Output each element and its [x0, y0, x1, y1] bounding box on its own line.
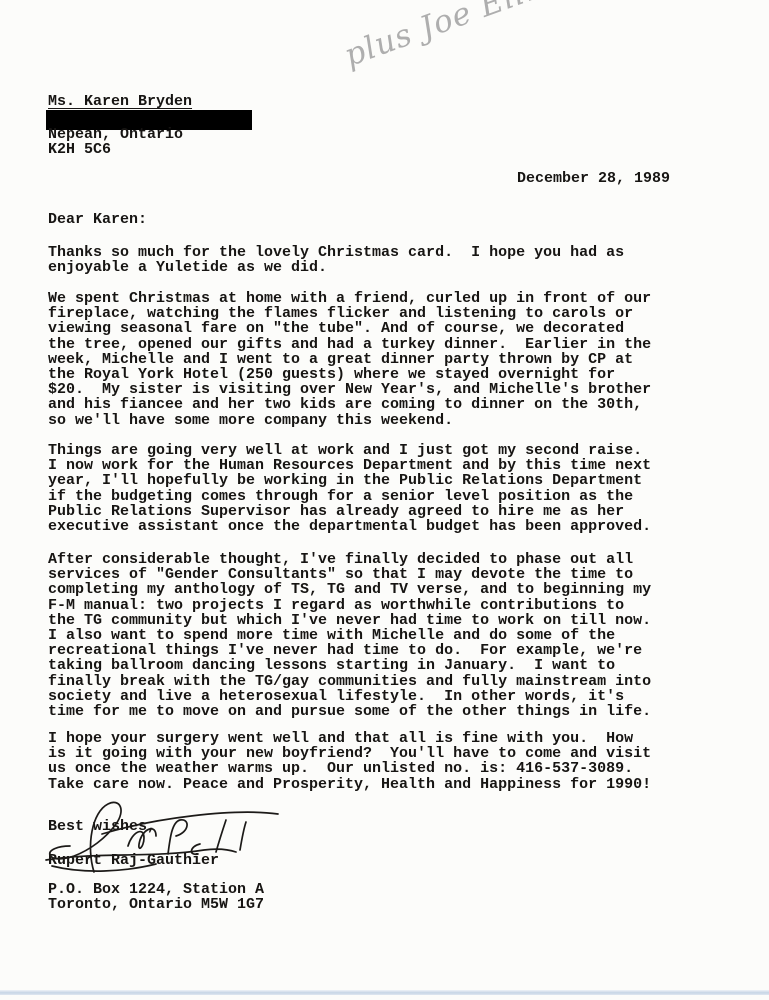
- page-bottom-edge: [0, 990, 769, 995]
- letter-date: December 28, 1989: [517, 171, 670, 186]
- recipient-name: Ms. Karen Bryden: [48, 94, 192, 109]
- recipient-city: Nepean, Ontario: [48, 127, 183, 142]
- paragraph-2: We spent Christmas at home with a friend…: [48, 291, 716, 428]
- paragraph-1: Thanks so much for the lovely Christmas …: [48, 245, 716, 275]
- signature-scribble: [44, 794, 294, 882]
- sender-address: P.O. Box 1224, Station A Toronto, Ontari…: [48, 882, 264, 912]
- paragraph-5: I hope your surgery went well and that a…: [48, 731, 716, 792]
- paragraph-4: After considerable thought, I've finally…: [48, 552, 716, 719]
- recipient-postal: K2H 5C6: [48, 142, 111, 157]
- letter-page: plus Joe Ellman Ms. Karen Bryden Nepean,…: [0, 0, 769, 1000]
- handwritten-note: plus Joe Ellman: [340, 0, 597, 74]
- salutation: Dear Karen:: [48, 212, 147, 227]
- paragraph-3: Things are going very well at work and I…: [48, 443, 716, 534]
